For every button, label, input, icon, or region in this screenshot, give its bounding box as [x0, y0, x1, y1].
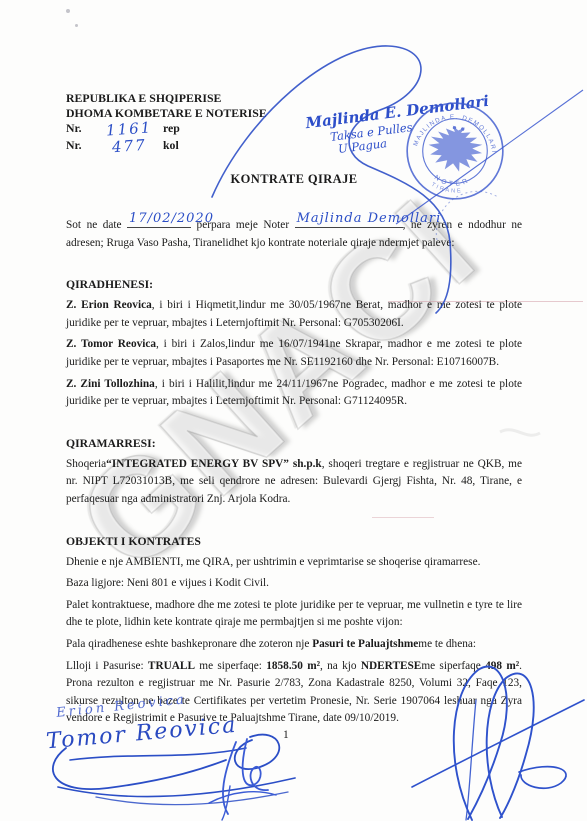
ownership-paragraph: Pala qiradhenese eshte bashkepronare dhe…: [66, 636, 522, 654]
property-text: me siperfaqe:: [195, 660, 266, 672]
party-name: Z. Tomor Reovica: [66, 338, 156, 350]
property-description-paragraph: Llloji i Pasurise: TRUALL me siperfaqe: …: [66, 658, 522, 728]
intro-text: Sot ne date: [66, 219, 127, 231]
property-text: Llloji i Pasurise:: [66, 660, 148, 672]
rep-number-row: Nr. 1161 rep: [66, 121, 522, 138]
legal-basis-paragraph: Baza ligjore: Neni 801 e vijues i Kodit …: [66, 575, 522, 593]
ownership-text: Pala qiradhenese eshte bashkepronare dhe…: [66, 638, 312, 650]
company-pre: Shoqeria: [66, 458, 106, 470]
building-label: NDERTESE: [361, 660, 422, 672]
notarial-contract-page: GNACI REPUBLIKA E SHQIPERISE DHOMA KOMBE…: [0, 0, 587, 821]
land-area: 1858.50 m²: [266, 660, 320, 672]
property-text: , na kjo: [320, 660, 361, 672]
page-number: 1: [283, 729, 289, 741]
ownership-text: me te dhena:: [418, 638, 476, 650]
party-paragraph: Z. Zini Tollozhina, i biri i Halilit,lin…: [66, 376, 522, 411]
notary-name-field: Majlinda Demollari: [295, 214, 403, 228]
document-body: REPUBLIKA E SHQIPERISE DHOMA KOMBETARE E…: [66, 0, 522, 732]
document-title: KONTRATE QIRAJE: [66, 172, 522, 187]
object-paragraph: Dhenie e nje AMBIENTI, me QIRA, per usht…: [66, 554, 522, 572]
party-paragraph: Z. Erion Reovica, i biri i Hiqmetit,lind…: [66, 297, 522, 332]
party-name: Z. Zini Tollozhina: [66, 378, 155, 390]
party-paragraph: Z. Tomor Reovica, i biri i Zalos,lindur …: [66, 336, 522, 371]
parties-will-paragraph: Palet kontraktuese, madhore dhe me zotes…: [66, 597, 522, 632]
company-name: “INTEGRATED ENERGY BV SPV” sh.p.k: [106, 458, 322, 470]
kol-unit-label: kol: [163, 138, 179, 155]
rep-unit-label: rep: [163, 121, 180, 138]
intro-paragraph: Sot ne date 17/02/2020 perpara meje Note…: [66, 214, 522, 252]
ownership-bold: Pasuri te Paluajtshme: [312, 638, 418, 650]
notary-name-handwritten: Majlinda Demollari: [297, 210, 442, 228]
date-handwritten: 17/02/2020: [129, 210, 214, 228]
party-name: Z. Erion Reovica: [66, 299, 152, 311]
signature-middle: [209, 739, 276, 820]
nr-label: Nr.: [66, 121, 96, 138]
company-paragraph: Shoqeria“INTEGRATED ENERGY BV SPV” sh.p.…: [66, 456, 522, 509]
org-name-line1: REPUBLIKA E SHQIPERISE: [66, 91, 522, 106]
section-heading-qiradhenesi: QIRADHENESI:: [66, 276, 522, 293]
date-field: 17/02/2020: [127, 214, 191, 228]
nr-label: Nr.: [66, 138, 96, 155]
building-area: 498 m²: [485, 660, 519, 672]
kol-number-handwritten: 477: [112, 137, 148, 155]
kol-number-row: Nr. 477 kol: [66, 138, 522, 155]
property-text: me siperfaqe: [421, 660, 485, 672]
section-heading-objekti: OBJEKTI I KONTRATES: [66, 533, 522, 550]
property-type: TRUALL: [148, 660, 195, 672]
signature-flourish-left: [53, 735, 295, 805]
section-heading-qiramarresi: QIRAMARRESI:: [66, 435, 522, 452]
